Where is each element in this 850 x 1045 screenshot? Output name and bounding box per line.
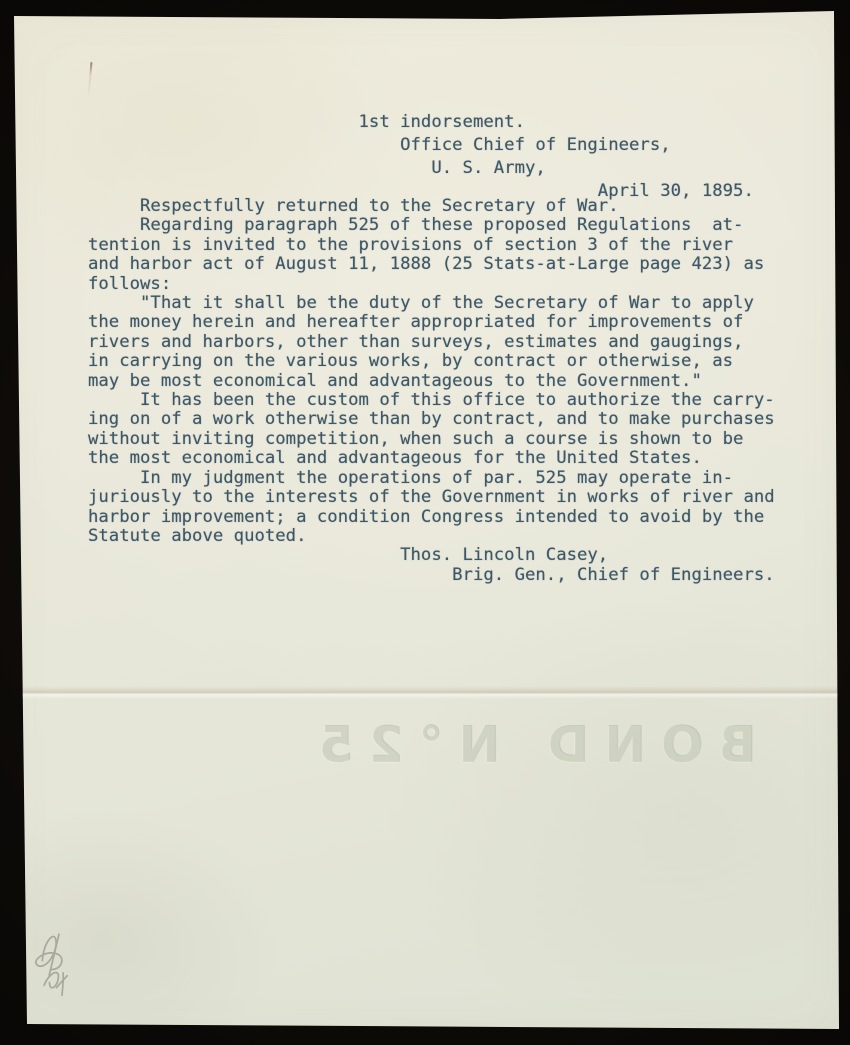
typed-text-line: juriously to the interests of the Govern… — [88, 488, 775, 507]
typed-text-line: Thos. Lincoln Casey, — [88, 546, 775, 565]
letter-body: Respectfully returned to the Secretary o… — [88, 197, 775, 585]
typed-text-line: without inviting competition, when such … — [88, 430, 775, 449]
typed-text-line: Regarding paragraph 525 of these propose… — [88, 216, 775, 235]
typed-text-line: In my judgment the operations of par. 52… — [88, 469, 775, 488]
typed-text-line: follows: — [88, 275, 775, 294]
paper-watermark-mirrored: BOND N°25 — [268, 716, 792, 774]
typed-text-line: may be most economical and advantageous … — [88, 372, 775, 391]
typed-text-line: the most economical and advantageous for… — [88, 449, 775, 468]
typed-text-line: the money herein and hereafter appropria… — [88, 313, 775, 332]
typed-text-line: Brig. Gen., Chief of Engineers. — [88, 566, 775, 585]
typed-text-line: "That it shall be the duty of the Secret… — [88, 294, 775, 313]
typed-text-line: Office Chief of Engineers, — [88, 134, 754, 157]
typed-text-line: U. S. Army, — [88, 157, 754, 180]
pencil-annotation — [16, 915, 106, 1010]
typed-text-line: and harbor act of August 11, 1888 (25 St… — [88, 255, 775, 274]
typed-text-line: Respectfully returned to the Secretary o… — [88, 197, 775, 216]
letter-heading: 1st indorsement. Office Chief of Enginee… — [88, 111, 754, 203]
paper-sheet: BOND N°25 1st indorsement. Office Chief … — [0, 0, 850, 1045]
typed-text-line: 1st indorsement. — [88, 111, 754, 134]
fold-crease — [14, 686, 838, 699]
typed-text-line: tention is invited to the provisions of … — [88, 236, 775, 255]
typed-text-line: harbor improvement; a condition Congress… — [88, 508, 775, 527]
typed-text-line: Statute above quoted. — [88, 527, 775, 546]
paper-scratch-mark — [88, 62, 93, 96]
typed-text-line: in carrying on the various works, by con… — [88, 352, 775, 371]
typed-text-line: It has been the custom of this office to… — [88, 391, 775, 410]
typed-text-line: rivers and harbors, other than surveys, … — [88, 333, 775, 352]
typed-text-line: ing on of a work otherwise than by contr… — [88, 410, 775, 429]
